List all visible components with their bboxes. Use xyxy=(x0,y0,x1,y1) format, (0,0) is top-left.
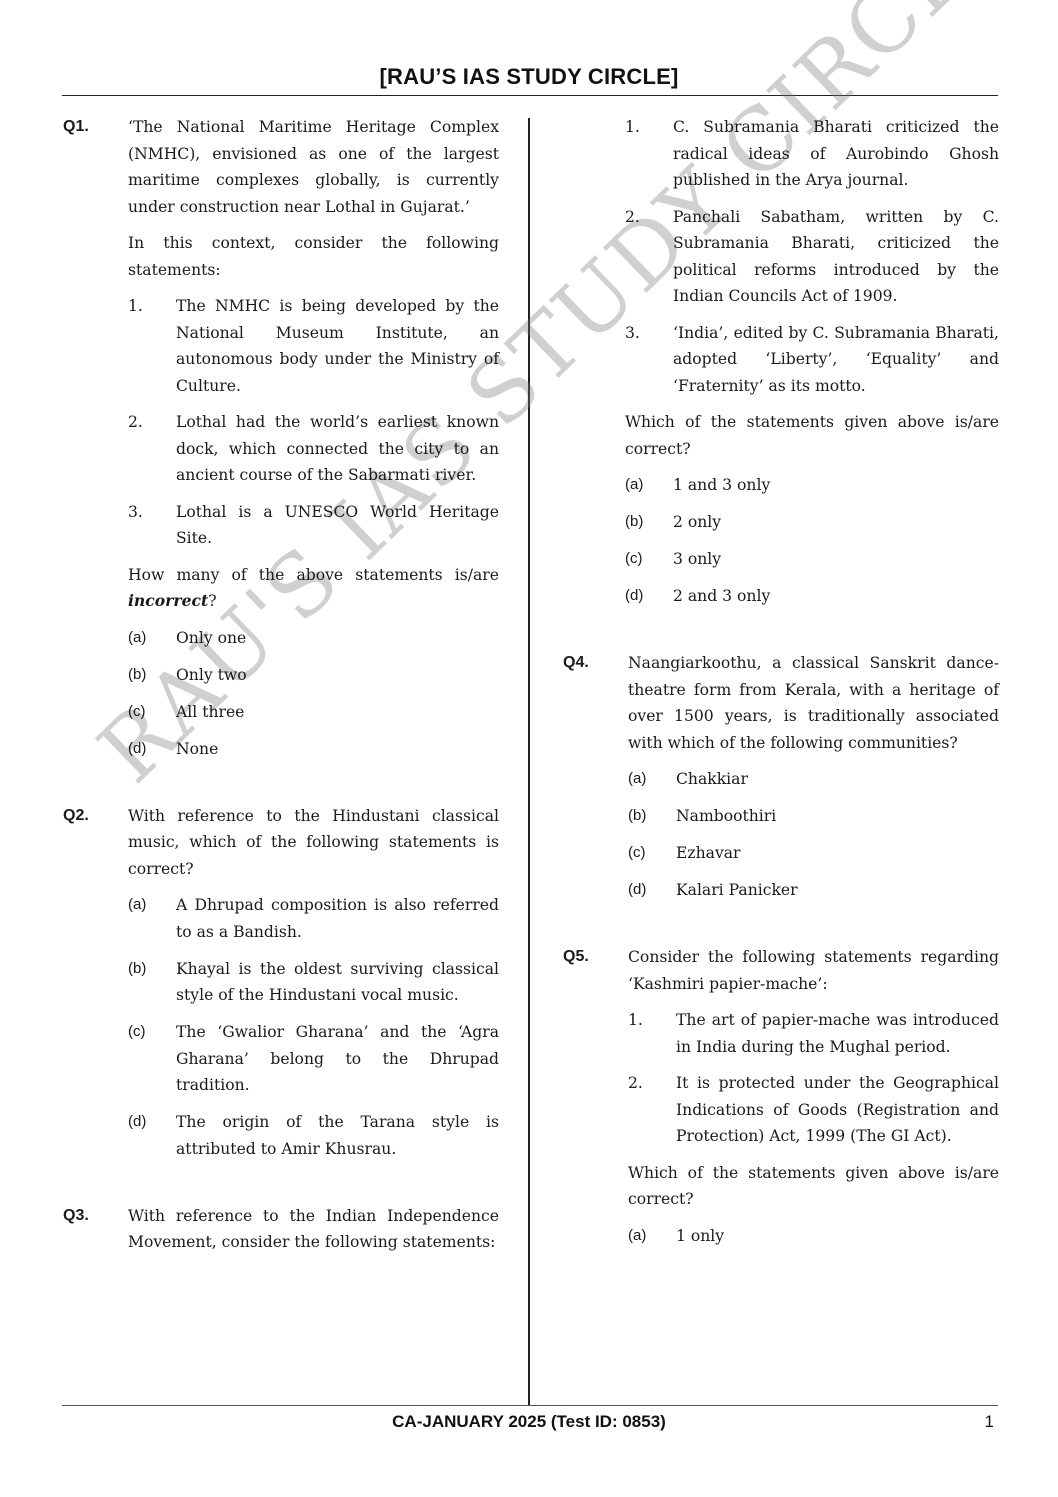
question-number: Q4. xyxy=(563,650,589,677)
footer-test-id: CA-JANUARY 2025 (Test ID: 0853) xyxy=(0,1412,1058,1432)
option-a[interactable]: (a)1 only xyxy=(628,1223,999,1250)
option-label: (c) xyxy=(128,1019,146,1046)
question-intro: With reference to the Hindustani classic… xyxy=(128,803,499,883)
option-text: 1 only xyxy=(676,1227,724,1245)
option-label: (c) xyxy=(128,699,146,726)
option-d[interactable]: (d)The origin of the Tarana style is att… xyxy=(128,1109,499,1162)
right-column: 1.C. Subramania Bharati criticized the r… xyxy=(563,114,999,1260)
statement-label: 3. xyxy=(625,320,640,347)
option-b[interactable]: (b)Only two xyxy=(128,662,499,689)
statement-text: Panchali Sabatham, written by C. Subrama… xyxy=(673,208,999,306)
statement: 3.‘India’, edited by C. Subramania Bhara… xyxy=(625,320,999,400)
option-c[interactable]: (c)Ezhavar xyxy=(628,840,999,867)
option-a[interactable]: (a)1 and 3 only xyxy=(625,472,999,499)
option-label: (b) xyxy=(628,803,646,830)
statement-text: ‘India’, edited by C. Subramania Bharati… xyxy=(673,324,999,395)
question-number: Q2. xyxy=(63,803,89,830)
statement-label: 3. xyxy=(128,499,143,526)
prompt-emphasis: incorrect xyxy=(128,591,208,610)
prompt-text: How many of the above statements is/are xyxy=(128,566,499,584)
column-divider xyxy=(528,118,530,1406)
statement: 3.Lothal is a UNESCO World Heritage Site… xyxy=(128,499,499,552)
header-rule xyxy=(62,95,998,96)
option-label: (a) xyxy=(628,1223,646,1250)
option-c[interactable]: (c)The ‘Gwalior Gharana’ and the ‘Agra G… xyxy=(128,1019,499,1099)
option-text: 2 only xyxy=(673,513,721,531)
page-number: 1 xyxy=(985,1412,994,1432)
option-text: 1 and 3 only xyxy=(673,476,770,494)
question-number: Q3. xyxy=(63,1203,89,1230)
option-text: None xyxy=(176,740,218,758)
question-prompt: How many of the above statements is/are … xyxy=(128,562,499,615)
option-label: (d) xyxy=(628,877,646,904)
prompt-suffix: ? xyxy=(208,592,216,610)
option-label: (a) xyxy=(128,892,146,919)
option-label: (d) xyxy=(128,1109,146,1136)
option-b[interactable]: (b)Namboothiri xyxy=(628,803,999,830)
page-header-title: [RAU’S IAS STUDY CIRCLE] xyxy=(0,64,1058,90)
option-label: (a) xyxy=(128,625,146,652)
option-text: A Dhrupad composition is also referred t… xyxy=(176,896,499,941)
question-prompt: Which of the statements given above is/a… xyxy=(625,409,999,462)
statement: 2.It is protected under the Geographical… xyxy=(628,1070,999,1150)
question-number: Q5. xyxy=(563,944,589,971)
statement-label: 2. xyxy=(628,1070,643,1097)
option-label: (a) xyxy=(628,766,646,793)
option-label: (d) xyxy=(128,736,146,763)
option-b[interactable]: (b)2 only xyxy=(625,509,999,536)
statement-label: 2. xyxy=(625,204,640,231)
question-5: Q5. Consider the following statements re… xyxy=(563,944,999,1249)
option-text: Only one xyxy=(176,629,246,647)
option-text: 2 and 3 only xyxy=(673,587,770,605)
option-label: (b) xyxy=(128,956,146,983)
statement-label: 1. xyxy=(625,114,640,141)
option-c[interactable]: (c)3 only xyxy=(625,546,999,573)
question-intro: With reference to the Indian Independenc… xyxy=(128,1203,499,1256)
option-text: 3 only xyxy=(673,550,721,568)
option-d[interactable]: (d)Kalari Panicker xyxy=(628,877,999,904)
option-d[interactable]: (d)None xyxy=(128,736,499,763)
question-intro: Naangiarkoothu, a classical Sanskrit dan… xyxy=(628,650,999,756)
question-1: Q1. ‘The National Maritime Heritage Comp… xyxy=(63,114,499,762)
question-prompt: Which of the statements given above is/a… xyxy=(628,1160,999,1213)
question-intro: ‘The National Maritime Heritage Complex … xyxy=(128,114,499,220)
option-label: (c) xyxy=(625,546,643,573)
statement: 1.The art of papier-mache was introduced… xyxy=(628,1007,999,1060)
option-text: Chakkiar xyxy=(676,770,748,788)
option-text: All three xyxy=(176,703,244,721)
footer-rule xyxy=(62,1405,998,1406)
statement-text: Lothal had the world’s earliest known do… xyxy=(176,413,499,484)
option-a[interactable]: (a)Only one xyxy=(128,625,499,652)
statement-label: 1. xyxy=(128,293,143,320)
option-label: (b) xyxy=(128,662,146,689)
option-label: (b) xyxy=(625,509,643,536)
question-3-continued: 1.C. Subramania Bharati criticized the r… xyxy=(563,114,999,610)
statement-text: The NMHC is being developed by the Natio… xyxy=(176,297,499,395)
option-d[interactable]: (d)2 and 3 only xyxy=(625,583,999,610)
statement-text: Lothal is a UNESCO World Heritage Site. xyxy=(176,503,499,548)
statement-text: The art of papier-mache was introduced i… xyxy=(676,1011,999,1056)
option-text: Khayal is the oldest surviving classical… xyxy=(176,960,499,1005)
option-text: The origin of the Tarana style is attrib… xyxy=(176,1113,499,1158)
option-text: Ezhavar xyxy=(676,844,741,862)
question-4: Q4. Naangiarkoothu, a classical Sanskrit… xyxy=(563,650,999,904)
option-b[interactable]: (b)Khayal is the oldest surviving classi… xyxy=(128,956,499,1009)
left-column: Q1. ‘The National Maritime Heritage Comp… xyxy=(63,114,499,1266)
statement: 1.The NMHC is being developed by the Nat… xyxy=(128,293,499,399)
question-context: In this context, consider the following … xyxy=(128,230,499,283)
statement: 2.Lothal had the world’s earliest known … xyxy=(128,409,499,489)
option-a[interactable]: (a)A Dhrupad composition is also referre… xyxy=(128,892,499,945)
statement-label: 1. xyxy=(628,1007,643,1034)
statement-text: C. Subramania Bharati criticized the rad… xyxy=(673,118,999,189)
statement-text: It is protected under the Geographical I… xyxy=(676,1074,999,1145)
option-label: (c) xyxy=(628,840,646,867)
option-text: Kalari Panicker xyxy=(676,881,798,899)
option-label: (d) xyxy=(625,583,643,610)
option-text: Only two xyxy=(176,666,247,684)
option-text: The ‘Gwalior Gharana’ and the ‘Agra Ghar… xyxy=(176,1023,499,1094)
question-3: Q3. With reference to the Indian Indepen… xyxy=(63,1203,499,1256)
option-a[interactable]: (a)Chakkiar xyxy=(628,766,999,793)
statement: 2.Panchali Sabatham, written by C. Subra… xyxy=(625,204,999,310)
option-c[interactable]: (c)All three xyxy=(128,699,499,726)
option-label: (a) xyxy=(625,472,643,499)
statement-label: 2. xyxy=(128,409,143,436)
statement: 1.C. Subramania Bharati criticized the r… xyxy=(625,114,999,194)
question-2: Q2. With reference to the Hindustani cla… xyxy=(63,803,499,1163)
question-number: Q1. xyxy=(63,114,89,141)
question-intro: Consider the following statements regard… xyxy=(628,944,999,997)
option-text: Namboothiri xyxy=(676,807,776,825)
